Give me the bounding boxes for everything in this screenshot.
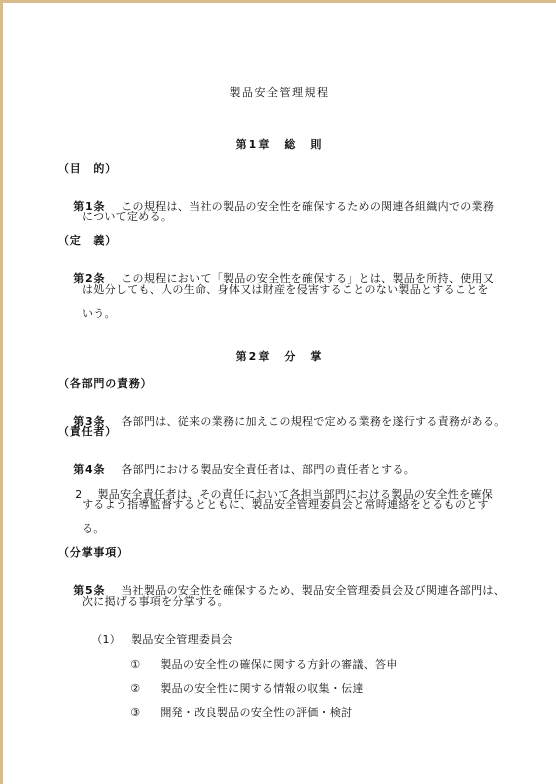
section-label-assignment: （分掌事項） <box>58 546 129 560</box>
article-2-line-2: は処分しても、人の生命、身体又は財産を侵害することのない製品とすることを <box>82 283 489 297</box>
page-title: 製品安全管理規程 <box>3 86 556 100</box>
article-1-text: この規程は、当社の製品の安全性を確保するための関連各組織内での業務 <box>121 200 494 213</box>
section-label-responsible: （責任者） <box>58 425 117 439</box>
sub-item-3-number: ③ <box>130 706 140 719</box>
document-page: 製品安全管理規程 第1章 総 則 （目 的） 第1条この規程は、当社の製品の安全… <box>0 0 556 784</box>
chapter-1-heading: 第1章 総 則 <box>3 138 556 152</box>
section-label-purpose: （目 的） <box>58 162 117 176</box>
article-1-line-2: について定める。 <box>82 210 172 224</box>
section-label-duties: （各部門の責務） <box>58 377 152 391</box>
article-3-text: 各部門は、従来の業務に加えこの規程で定める業務を遂行する責務がある。 <box>121 415 505 428</box>
section-label-definition: （定 義） <box>58 234 117 248</box>
article-2-line-3: いう。 <box>82 307 116 321</box>
article-3-line-1: 第3条各部門は、従来の業務に加えこの規程で定める業務を遂行する責務がある。 <box>58 401 505 443</box>
article-4-paragraph-2-line-3: る。 <box>82 522 105 536</box>
article-5-line-2: 次に掲げる事項を分掌する。 <box>82 595 229 609</box>
sub-item-3: ③開発・改良製品の安全性の評価・検討 <box>115 692 352 734</box>
article-4-paragraph-2-line-2: するよう指導監督するとともに、製品安全管理委員会と常時連絡をとるものとす <box>82 498 489 512</box>
chapter-2-heading: 第2章 分 掌 <box>3 350 556 364</box>
sub-item-3-text: 開発・改良製品の安全性の評価・検討 <box>160 706 352 719</box>
